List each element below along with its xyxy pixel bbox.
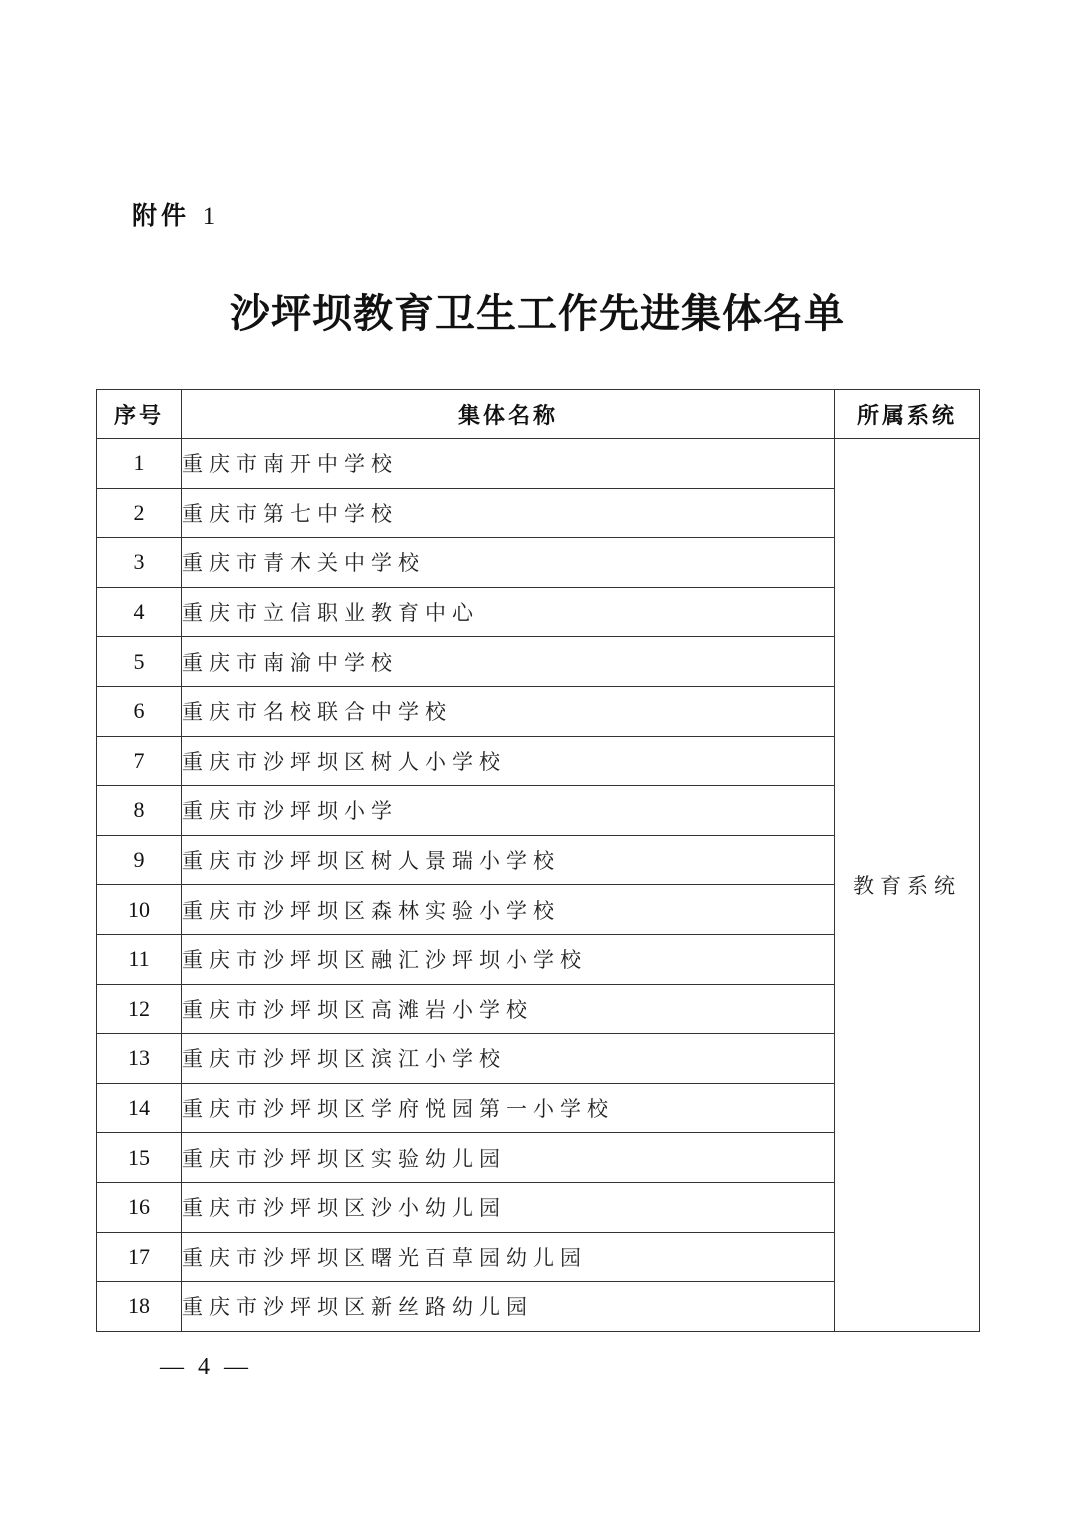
row-index: 15: [97, 1133, 182, 1183]
row-index: 8: [97, 786, 182, 836]
row-collective-name: 重庆市南渝中学校: [182, 637, 835, 687]
table-header-row: 序号 集体名称 所属系统: [97, 390, 980, 439]
row-collective-name: 重庆市沙坪坝区森林实验小学校: [182, 885, 835, 935]
row-collective-name: 重庆市沙坪坝区实验幼儿园: [182, 1133, 835, 1183]
header-index: 序号: [97, 390, 182, 439]
row-collective-name: 重庆市沙坪坝区高滩岩小学校: [182, 984, 835, 1034]
row-collective-name: 重庆市沙坪坝区曙光百草园幼儿园: [182, 1232, 835, 1282]
row-collective-name: 重庆市沙坪坝区树人景瑞小学校: [182, 835, 835, 885]
row-index: 6: [97, 686, 182, 736]
row-collective-name: 重庆市名校联合中学校: [182, 686, 835, 736]
row-index: 11: [97, 934, 182, 984]
header-system: 所属系统: [835, 390, 980, 439]
row-collective-name: 重庆市青木关中学校: [182, 538, 835, 588]
row-index: 16: [97, 1182, 182, 1232]
row-index: 2: [97, 488, 182, 538]
row-collective-name: 重庆市沙坪坝区沙小幼儿园: [182, 1182, 835, 1232]
row-index: 7: [97, 736, 182, 786]
row-collective-name: 重庆市立信职业教育中心: [182, 587, 835, 637]
row-index: 14: [97, 1083, 182, 1133]
row-index: 18: [97, 1282, 182, 1332]
row-collective-name: 重庆市沙坪坝区滨江小学校: [182, 1034, 835, 1084]
row-index: 4: [97, 587, 182, 637]
row-collective-name: 重庆市沙坪坝小学: [182, 786, 835, 836]
attachment-label: 附件 1: [132, 196, 219, 232]
row-collective-name: 重庆市沙坪坝区新丝路幼儿园: [182, 1282, 835, 1332]
row-index: 12: [97, 984, 182, 1034]
header-name: 集体名称: [182, 390, 835, 439]
document-title: 沙坪坝教育卫生工作先进集体名单: [0, 282, 1075, 339]
system-cell: 教育系统: [835, 439, 980, 1332]
attachment-text: 附件: [132, 201, 190, 230]
row-index: 10: [97, 885, 182, 935]
row-collective-name: 重庆市南开中学校: [182, 439, 835, 489]
row-collective-name: 重庆市沙坪坝区学府悦园第一小学校: [182, 1083, 835, 1133]
row-index: 17: [97, 1232, 182, 1282]
collective-list-table: 序号 集体名称 所属系统 1重庆市南开中学校教育系统2重庆市第七中学校3重庆市青…: [96, 389, 980, 1332]
row-index: 5: [97, 637, 182, 687]
table-row: 1重庆市南开中学校教育系统: [97, 439, 980, 489]
row-index: 13: [97, 1034, 182, 1084]
row-collective-name: 重庆市第七中学校: [182, 488, 835, 538]
row-index: 1: [97, 439, 182, 489]
row-index: 9: [97, 835, 182, 885]
row-index: 3: [97, 538, 182, 588]
attachment-number: 1: [203, 203, 220, 230]
row-collective-name: 重庆市沙坪坝区融汇沙坪坝小学校: [182, 934, 835, 984]
page-number: — 4 —: [160, 1354, 252, 1381]
row-collective-name: 重庆市沙坪坝区树人小学校: [182, 736, 835, 786]
